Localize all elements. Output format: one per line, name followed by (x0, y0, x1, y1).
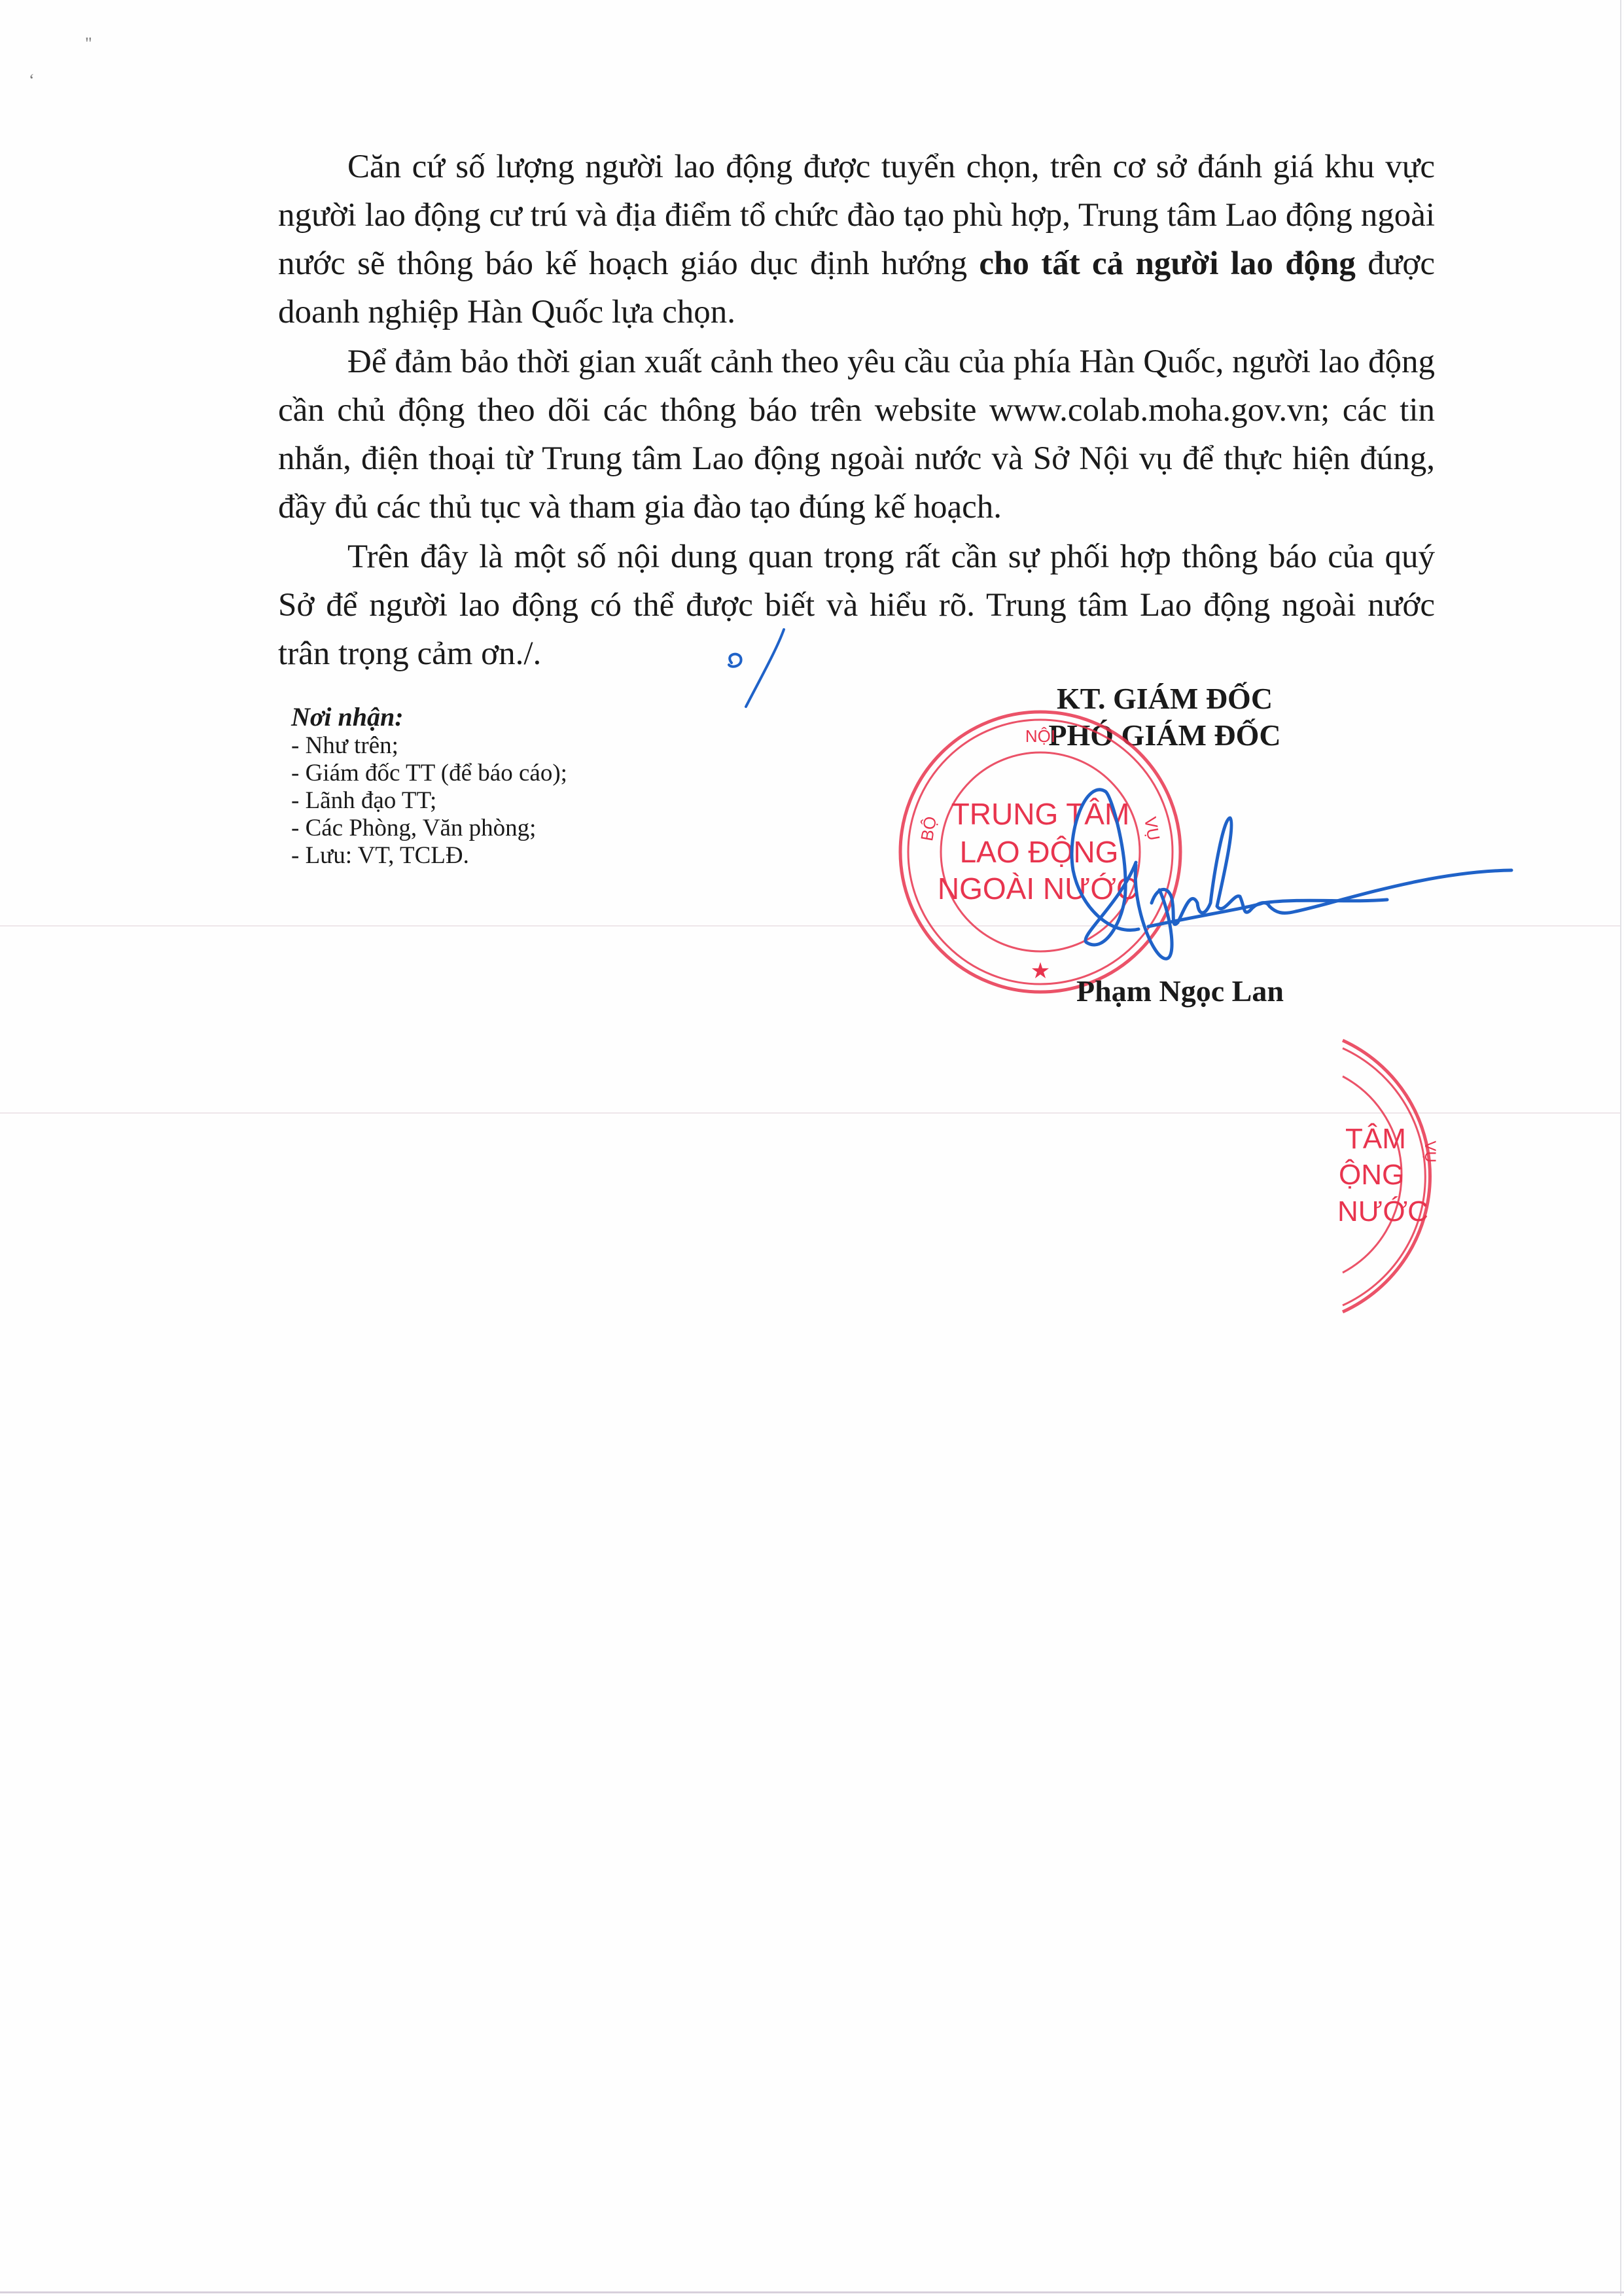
scanned-page: " ‘ Căn cứ số lượng người lao động được … (0, 0, 1624, 2296)
partial-stamp-ring-right: VỤ (1421, 1140, 1439, 1162)
stamp-ring-right: VỤ (1140, 815, 1164, 842)
stamp-star-icon: ★ (1031, 959, 1050, 983)
partial-stamp-line: ỘNG (1339, 1158, 1404, 1191)
stamp-ring-left: BỘ (917, 815, 940, 842)
stamp-center-line: LAO ĐỘNG (960, 835, 1119, 869)
partial-stamp-line: TÂM (1345, 1123, 1406, 1155)
partial-stamp-line: NƯỚC (1337, 1195, 1428, 1227)
stamp-ring-top: NỘI (1025, 726, 1055, 746)
stamp-center-line: NGOÀI NƯỚC (938, 872, 1138, 906)
stamps-and-signatures: BỘ NỘI VỤ TRUNG TÂM LAO ĐỘNG NGOÀI NƯỚC … (0, 0, 1624, 2296)
signer-name: Phạm Ngọc Lan (1076, 974, 1284, 1008)
initial-mark-icon (729, 629, 784, 707)
stamp-center-line: TRUNG TÂM (951, 797, 1130, 831)
